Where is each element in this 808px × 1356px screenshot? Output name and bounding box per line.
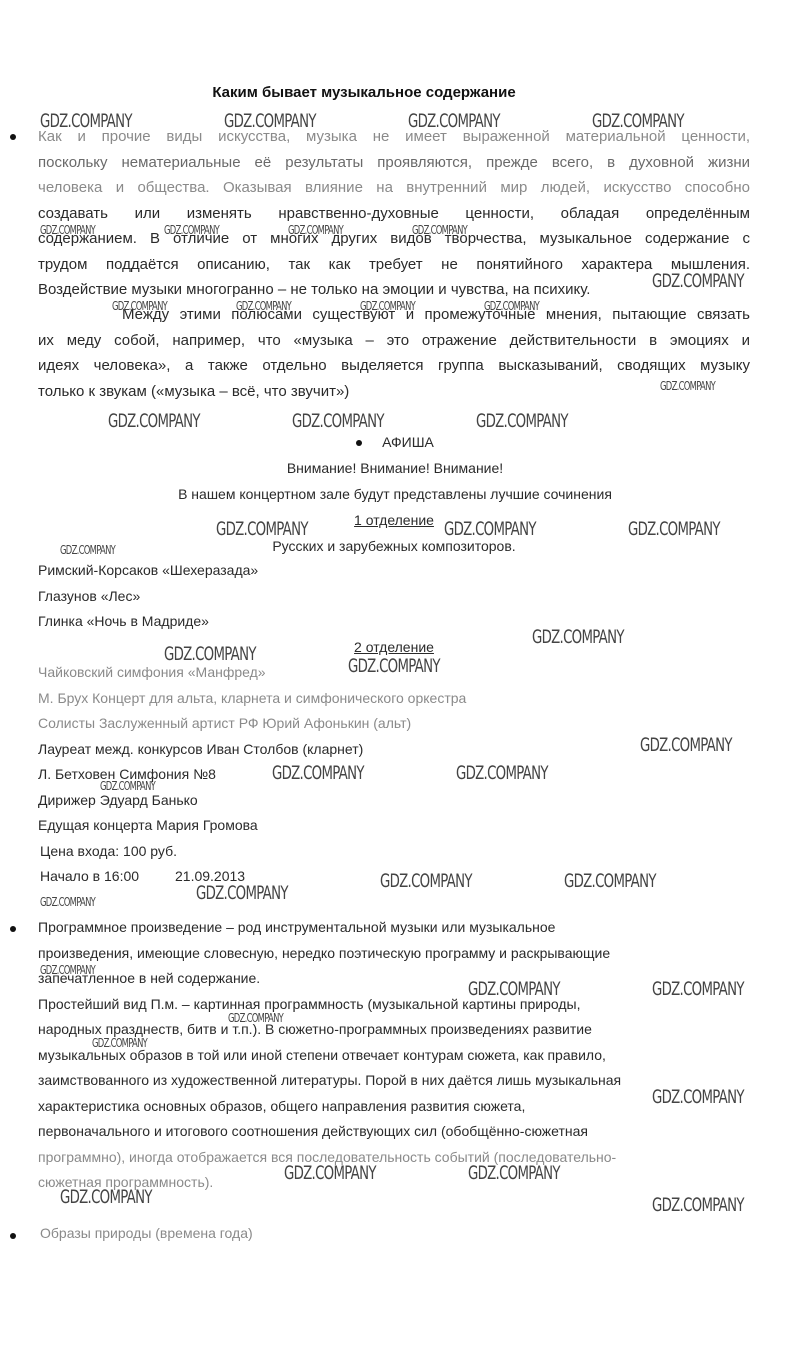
watermark: GDZ.COMPANY [196, 882, 288, 904]
watermark: GDZ.COMPANY [228, 1011, 283, 1025]
afisha-intro: В нашем концертном зале будут представле… [0, 486, 790, 502]
program-item: Едущая концерта Мария Громова [38, 817, 258, 833]
section1-paragraph: Как и прочие виды искусства, музыка не и… [38, 124, 750, 303]
watermark: GDZ.COMPANY [652, 978, 744, 1000]
watermark: GDZ.COMPANY [380, 870, 472, 892]
text-line: создавать или изменять нравственно-духов… [38, 201, 750, 227]
watermark: GDZ.COMPANY [292, 410, 384, 432]
text-line: первоначального и итогового соотношения … [38, 1119, 758, 1145]
part2-heading: 2 отделение [354, 639, 434, 655]
start-time: Начало в 16:00 [40, 868, 139, 884]
watermark: GDZ.COMPANY [164, 643, 256, 665]
watermark: GDZ.COMPANY [652, 1194, 744, 1216]
text-line: человека и общества. Оказывая влияние на… [38, 175, 750, 201]
program-item: М. Брух Концерт для альта, кларнета и си… [38, 690, 466, 706]
text-line: программно), иногда отображается вся пос… [38, 1145, 758, 1171]
part1-subtitle: Русских и зарубежных композиторов. [0, 538, 788, 554]
section1-paragraph-2: Между этими полюсами существуют и промеж… [38, 302, 750, 404]
watermark: GDZ.COMPANY [40, 223, 95, 237]
watermark: GDZ.COMPANY [652, 1086, 744, 1108]
watermark: GDZ.COMPANY [40, 110, 132, 132]
text-line: идеях человека», а также отдельно выделя… [38, 353, 750, 379]
program-item: Лауреат межд. конкурсов Иван Столбов (кл… [38, 741, 363, 757]
text-line: их меду собой, например, что «музыка – э… [38, 328, 750, 354]
watermark: GDZ.COMPANY [224, 110, 316, 132]
text-line: только к звукам («музыка – всё, что звуч… [38, 379, 750, 405]
program-item: Глазунов «Лес» [38, 588, 140, 604]
watermark: GDZ.COMPANY [288, 223, 343, 237]
watermark: GDZ.COMPANY [40, 963, 95, 977]
watermark: GDZ.COMPANY [628, 518, 720, 540]
text-line: Простейший вид П.м. – картинная программ… [38, 992, 758, 1018]
bullet-icon [356, 440, 362, 446]
program-item: Солисты Заслуженный артист РФ Юрий Афонь… [38, 715, 411, 731]
watermark: GDZ.COMPANY [60, 1186, 152, 1208]
watermark: GDZ.COMPANY [236, 299, 291, 313]
afisha-heading: АФИША [382, 434, 434, 450]
watermark: GDZ.COMPANY [92, 1036, 147, 1050]
ticket-price: Цена входа: 100 руб. [40, 843, 177, 859]
text-line: заимствованного из художественной литера… [38, 1068, 758, 1094]
text-line: характеристика основных образов, общего … [38, 1094, 758, 1120]
watermark: GDZ.COMPANY [532, 626, 624, 648]
watermark: GDZ.COMPANY [272, 762, 364, 784]
program-item: Чайковский симфония «Манфред» [38, 664, 266, 680]
watermark: GDZ.COMPANY [360, 299, 415, 313]
text-line: содержанием. В отличие от многих других … [38, 226, 750, 252]
text-line: поскольку нематериальные её результаты п… [38, 150, 750, 176]
program-item: Глинка «Ночь в Мадриде» [38, 613, 209, 629]
watermark: GDZ.COMPANY [348, 655, 440, 677]
section3-paragraph: Программное произведение – род инструмен… [38, 915, 758, 1196]
bullet-icon [10, 134, 16, 140]
watermark: GDZ.COMPANY [40, 895, 95, 909]
bullet-icon [10, 1233, 16, 1239]
watermark: GDZ.COMPANY [468, 1162, 560, 1184]
watermark: GDZ.COMPANY [216, 518, 308, 540]
watermark: GDZ.COMPANY [444, 518, 536, 540]
watermark: GDZ.COMPANY [484, 299, 539, 313]
afisha-attention: Внимание! Внимание! Внимание! [0, 460, 790, 476]
watermark: GDZ.COMPANY [468, 978, 560, 1000]
watermark: GDZ.COMPANY [112, 299, 167, 313]
watermark: GDZ.COMPANY [476, 410, 568, 432]
watermark: GDZ.COMPANY [652, 270, 744, 292]
document-title: Каким бывает музыкальное содержание [0, 84, 728, 101]
watermark: GDZ.COMPANY [592, 110, 684, 132]
watermark: GDZ.COMPANY [640, 734, 732, 756]
text-line: трудом поддаётся описанию, так как требу… [38, 252, 750, 278]
text-line: произведения, имеющие словесную, нередко… [38, 941, 758, 967]
section4-text: Образы природы (времена года) [40, 1225, 253, 1241]
watermark: GDZ.COMPANY [564, 870, 656, 892]
afisha-heading-row: АФИША [0, 434, 790, 450]
watermark: GDZ.COMPANY [412, 223, 467, 237]
program-item: Римский-Корсаков «Шехеразада» [38, 562, 258, 578]
part1-heading: 1 отделение [354, 512, 434, 528]
bullet-icon [10, 926, 16, 932]
watermark: GDZ.COMPANY [164, 223, 219, 237]
watermark: GDZ.COMPANY [660, 379, 715, 393]
watermark: GDZ.COMPANY [60, 543, 115, 557]
text-line: запечатленное в ней содержание. [38, 966, 758, 992]
document-page: Каким бывает музыкальное содержание Как … [0, 0, 808, 1356]
watermark: GDZ.COMPANY [108, 410, 200, 432]
watermark: GDZ.COMPANY [408, 110, 500, 132]
watermark: GDZ.COMPANY [100, 779, 155, 793]
watermark: GDZ.COMPANY [284, 1162, 376, 1184]
program-item: Дирижер Эдуард Банько [38, 792, 198, 808]
part2-heading-row: 2 отделение [0, 639, 788, 655]
text-line: Программное произведение – род инструмен… [38, 915, 758, 941]
watermark: GDZ.COMPANY [456, 762, 548, 784]
